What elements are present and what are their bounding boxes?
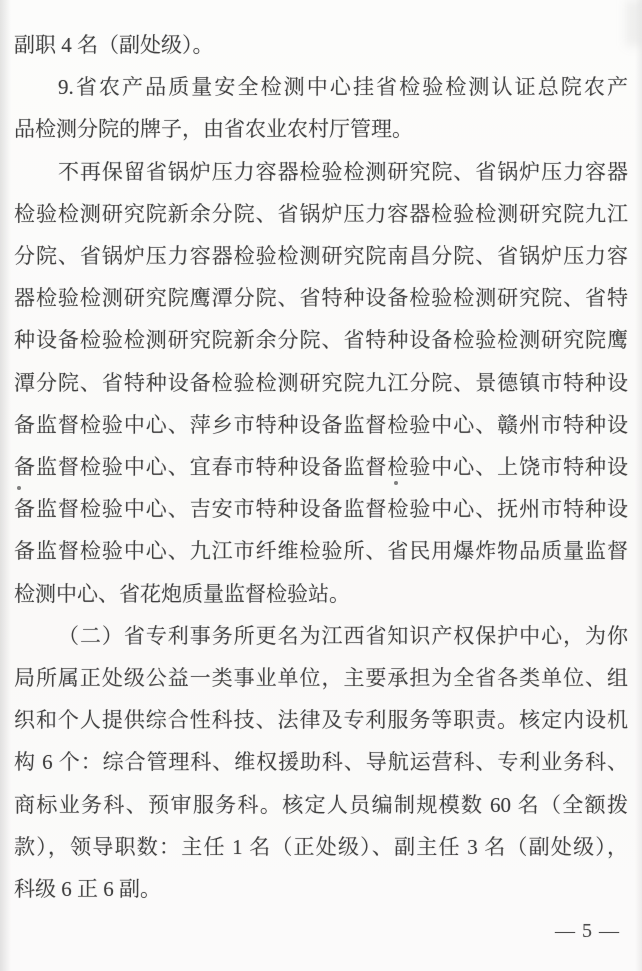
scan-artifact-dot <box>17 486 21 490</box>
document-page: 副职 4 名（副处级）。9.省农产品质量安全检测中心挂省检验检测认证总院农产品检… <box>0 0 642 971</box>
text-line: 构 6 个：综合管理科、维权援助科、导航运营科、专利业务科、 <box>14 741 628 783</box>
text-line: （二）省专利事务所更名为江西省知识产权保护中心，为你 <box>14 615 628 657</box>
text-line: 科级 6 正 6 副。 <box>14 868 628 910</box>
text-line: 9.省农产品质量安全检测中心挂省检验检测认证总院农产 <box>14 66 628 108</box>
text-line: 分院、省锅炉压力容器检验检测研究院南昌分院、省锅炉压力容 <box>14 235 628 277</box>
text-line: 器检验检测研究院鹰潭分院、省特种设备检验检测研究院、省特 <box>14 277 628 319</box>
document-text-block: 副职 4 名（副处级）。9.省农产品质量安全检测中心挂省检验检测认证总院农产品检… <box>14 24 628 910</box>
text-line: 款），领导职数：主任 1 名（正处级）、副主任 3 名（副处级）， <box>14 826 628 868</box>
scan-artifact-dot <box>394 481 398 485</box>
text-line: 副职 4 名（副处级）。 <box>14 24 628 66</box>
text-line: 商标业务科、预审服务科。核定人员编制规模数 60 名（全额拨 <box>14 784 628 826</box>
text-line: 局所属正处级公益一类事业单位，主要承担为全省各类单位、组 <box>14 657 628 699</box>
scan-edge-shadow-left <box>0 0 11 971</box>
text-line: 潭分院、省特种设备检验检测研究院九江分院、景德镇市特种设 <box>14 362 628 404</box>
scan-edge-shade-top-right <box>626 0 642 46</box>
text-line: 种设备检验检测研究院新余分院、省特种设备检验检测研究院鹰 <box>14 319 628 361</box>
text-line: 备监督检验中心、萍乡市特种设备监督检验中心、赣州市特种设 <box>14 404 628 446</box>
text-line: 不再保留省锅炉压力容器检验检测研究院、省锅炉压力容器 <box>14 151 628 193</box>
text-line: 织和个人提供综合性科技、法律及专利服务等职责。核定内设机 <box>14 699 628 741</box>
text-line: 备监督检验中心、九江市纤维检验所、省民用爆炸物品质量监督 <box>14 530 628 572</box>
text-line: 品检测分院的牌子，由省农业农村厅管理。 <box>14 108 628 150</box>
scan-edge-shadow-right <box>635 0 642 971</box>
text-line: 检验检测研究院新余分院、省锅炉压力容器检验检测研究院九江 <box>14 193 628 235</box>
text-line: 备监督检验中心、吉安市特种设备监督检验中心、抚州市特种设 <box>14 488 628 530</box>
page-number: — 5 — <box>555 920 620 943</box>
text-line: 备监督检验中心、宜春市特种设备监督检验中心、上饶市特种设 <box>14 446 628 488</box>
text-line: 检测中心、省花炮质量监督检验站。 <box>14 573 628 615</box>
